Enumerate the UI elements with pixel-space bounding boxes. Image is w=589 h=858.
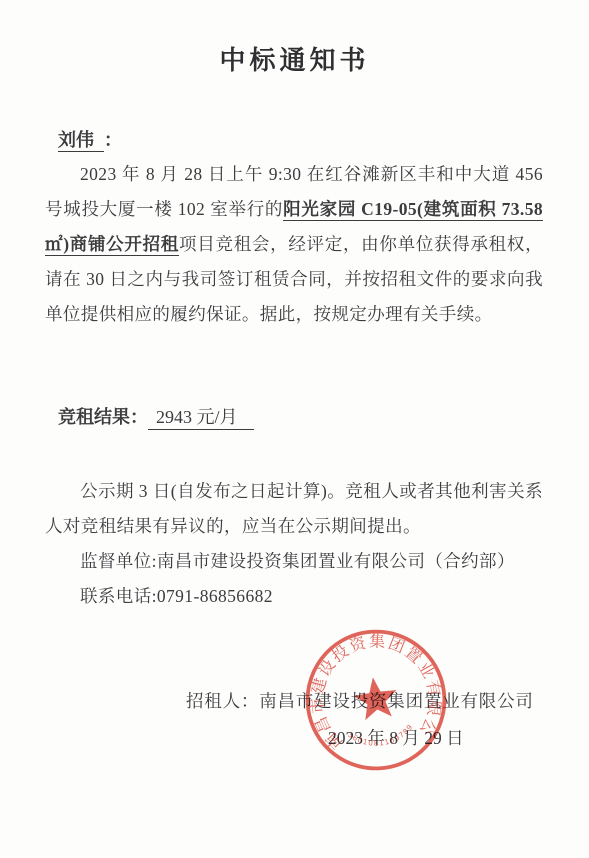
seal-code-arc-text: 3601081169789 [345, 721, 417, 752]
publicity-period-paragraph: 公示期 3 日(自发布之日起计算)。竞租人或者其他利害关系人对竞租结果有异议的，… [45, 474, 543, 544]
signer-label: 招租人： [186, 691, 259, 711]
svg-text:南昌市建设投资集团置业有限公司: 南昌市建设投资集团置业有限公司 [290, 614, 449, 758]
svg-text:3601081169789: 3601081169789 [345, 721, 417, 752]
document-page: 中标通知书 刘伟： 2023 年 8 月 28 日上午 9:30 在红谷滩新区丰… [0, 0, 589, 858]
document-title: 中标通知书 [0, 40, 589, 77]
supervisor-line: 监督单位:南昌市建设投资集团置业有限公司（合约部） [45, 544, 543, 579]
bid-result-label: 竞租结果： [58, 407, 148, 427]
company-seal-stamp: 南昌市建设投资集团置业有限公司 3601081169789 [290, 614, 462, 786]
seal-star-icon [351, 674, 400, 721]
recipient-name: 刘伟 [58, 130, 104, 152]
bid-result-value: 2943 元/月 [148, 407, 254, 430]
salutation-line: 刘伟： [58, 127, 122, 153]
salutation-colon: ： [104, 130, 122, 150]
notice-section: 公示期 3 日(自发布之日起计算)。竞租人或者其他利害关系人对竞租结果有异议的，… [45, 474, 543, 614]
bid-result-line: 竞租结果：2943 元/月 [58, 402, 254, 432]
seal-graphic: 南昌市建设投资集团置业有限公司 3601081169789 [290, 614, 462, 786]
body-paragraph: 2023 年 8 月 28 日上午 9:30 在红谷滩新区丰和中大道 456 号… [45, 157, 543, 332]
seal-company-arc-text: 南昌市建设投资集团置业有限公司 [290, 614, 449, 758]
phone-line: 联系电话:0791-86856682 [45, 579, 543, 614]
